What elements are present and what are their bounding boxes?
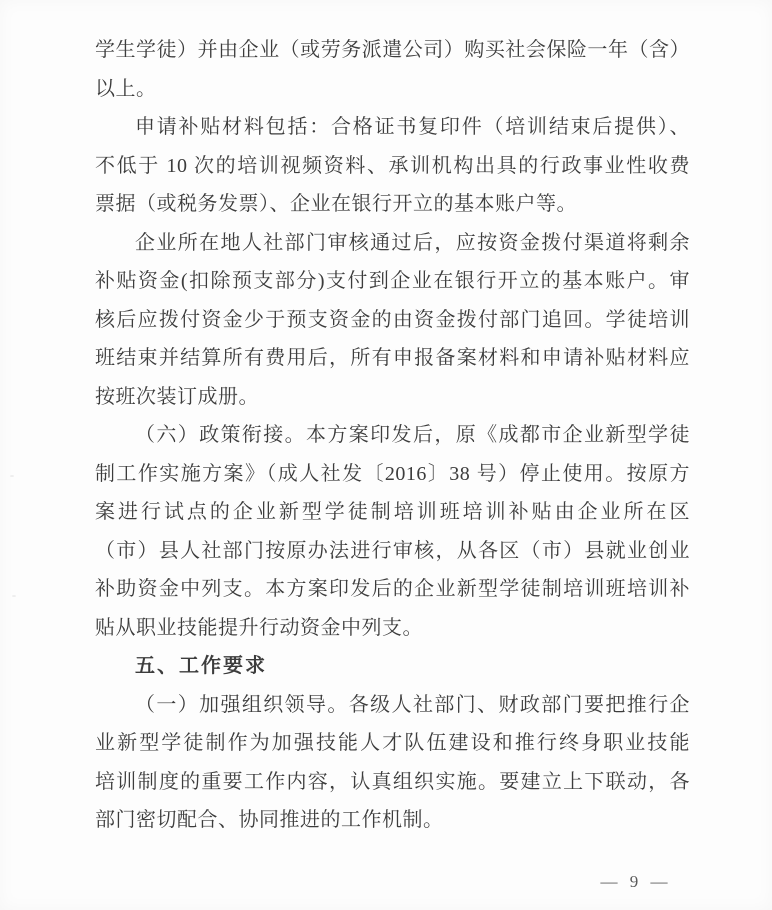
doc-line: 以上。 (95, 70, 690, 109)
doc-line: 部门密切配合、协同推进的工作机制。 (95, 801, 690, 840)
doc-line: 案进行试点的企业新型学徒制培训班培训补贴由企业所在区 (95, 493, 690, 532)
doc-line: 制工作实施方案》（成人社发〔2016〕38 号）停止使用。按原方 (95, 455, 690, 494)
doc-line: 票据（或税务发票）、企业在银行开立的基本账户等。 (95, 185, 690, 224)
scan-speckle (12, 595, 16, 597)
page-number: — 9 — (586, 872, 686, 892)
doc-line: 学生学徒）并由企业（或劳务派遣公司）购买社会保险一年（含） (95, 31, 690, 70)
doc-line: 申请补贴材料包括：合格证书复印件（培训结束后提供）、 (95, 108, 690, 147)
doc-line: （市）县人社部门按原办法进行审核，从各区（市）县就业创业 (95, 532, 690, 571)
doc-line: （六）政策衔接。本方案印发后，原《成都市企业新型学徒 (95, 416, 690, 455)
doc-line: 按班次装订成册。 (95, 378, 690, 417)
document-page: 学生学徒）并由企业（或劳务派遣公司）购买社会保险一年（含） 以上。 申请补贴材料… (0, 0, 772, 910)
section-heading: 五、工作要求 (95, 647, 690, 686)
doc-line: 贴从职业技能提升行动资金中列支。 (95, 609, 690, 648)
doc-line: 补助资金中列支。本方案印发后的企业新型学徒制培训班培训补 (95, 570, 690, 609)
doc-line: 补贴资金(扣除预支部分)支付到企业在银行开立的基本账户。审 (95, 262, 690, 301)
doc-line: （一）加强组织领导。各级人社部门、财政部门要把推行企 (95, 686, 690, 725)
scan-speckle (10, 475, 14, 477)
doc-line: 班结束并结算所有费用后，所有申报备案材料和申请补贴材料应 (95, 339, 690, 378)
document-body: 学生学徒）并由企业（或劳务派遣公司）购买社会保险一年（含） 以上。 申请补贴材料… (95, 31, 690, 840)
doc-line: 不低于 10 次的培训视频资料、承训机构出具的行政事业性收费 (95, 147, 690, 186)
doc-line: 业新型学徒制作为加强技能人才队伍建设和推行终身职业技能 (95, 724, 690, 763)
doc-line: 企业所在地人社部门审核通过后，应按资金拨付渠道将剩余 (95, 224, 690, 263)
doc-line: 培训制度的重要工作内容，认真组织实施。要建立上下联动，各 (95, 763, 690, 802)
doc-line: 核后应拨付资金少于预支资金的由资金拨付部门追回。学徒培训 (95, 301, 690, 340)
